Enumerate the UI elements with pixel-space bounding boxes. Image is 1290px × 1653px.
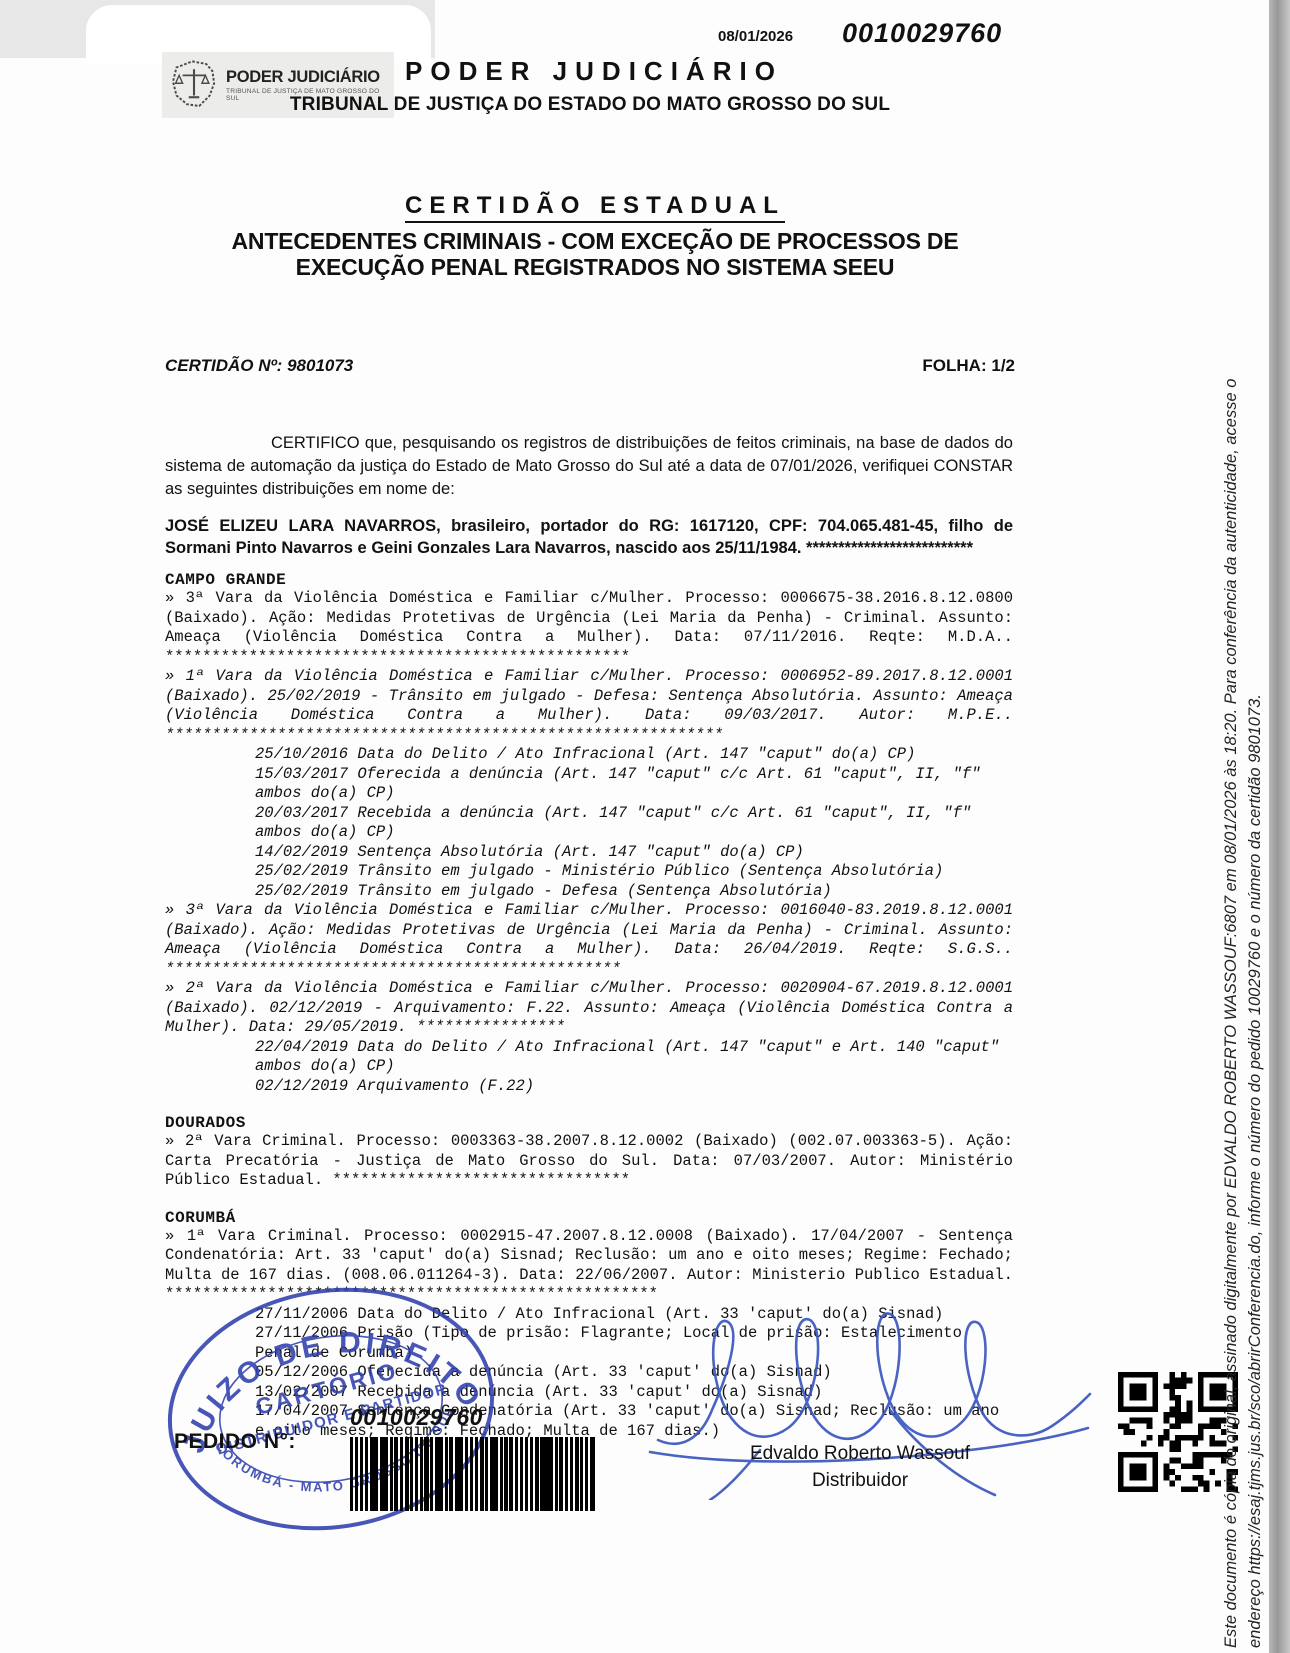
logo-title: PODER JUDICIÁRIO [226,68,390,87]
signer-name: Edvaldo Roberto Wassouf [660,1443,1060,1465]
record-event: 25/02/2019 Trânsito em julgado - Defesa … [255,882,1013,902]
certificate-number-label: CERTIDÃO Nº: [165,356,282,375]
certificate-subtitle: ANTECEDENTES CRIMINAIS - COM EXCEÇÃO DE … [150,228,1040,280]
record-event: 20/03/2017 Recebida a denúncia (Art. 147… [255,804,1013,843]
section-city: CAMPO GRANDE [165,571,1013,589]
certificate-subtitle-line2: EXECUÇÃO PENAL REGISTRADOS NO SISTEMA SE… [150,254,1040,280]
section-city: CORUMBÁ [165,1209,1013,1227]
certificate-title: CERTIDÃO ESTADUAL [170,192,1020,220]
record-entry: » 3ª Vara da Violência Doméstica e Famil… [165,589,1013,667]
signature-scribble [640,1290,1100,1500]
digital-signature-note-line2: endereço https://esaj.tjms.jus.br/sco/ab… [1246,694,1265,1648]
scan-date: 08/01/2026 [718,28,793,45]
folha-label: FOLHA: [922,356,986,375]
record-section: CAMPO GRANDE» 3ª Vara da Violência Domés… [165,571,1013,1096]
record-event: 25/02/2019 Trânsito em julgado - Ministé… [255,862,1013,882]
folha-value: 1/2 [991,356,1015,375]
person-paragraph: JOSÉ ELIZEU LARA NAVARROS, brasileiro, p… [165,515,1013,559]
request-number-top: 0010029760 [842,18,1002,49]
qr-code [1118,1372,1238,1492]
record-event: 22/04/2019 Data do Delito / Ato Infracio… [255,1038,1013,1077]
certificate-number: CERTIDÃO Nº: 9801073 [165,356,353,376]
record-event: 14/02/2019 Sentença Absolutória (Art. 14… [255,843,1013,863]
record-entry: » 1ª Vara da Violência Doméstica e Famil… [165,667,1013,745]
header-title: PODER JUDICIÁRIO [405,56,783,87]
record-entry: » 3ª Vara da Violência Doméstica e Famil… [165,901,1013,979]
certificate-subtitle-line1: ANTECEDENTES CRIMINAIS - COM EXCEÇÃO DE … [150,228,1040,254]
intro-paragraph: CERTIFICO que, pesquisando os registros … [165,432,1013,501]
digital-signature-note-line1: Este documento é cópia do original, assi… [1222,379,1241,1648]
folha-indicator: FOLHA: 1/2 [700,356,1015,376]
barcode [350,1437,595,1511]
record-entry: » 2ª Vara Criminal. Processo: 0003363-38… [165,1132,1013,1191]
record-section: DOURADOS» 2ª Vara Criminal. Processo: 00… [165,1114,1013,1191]
scanned-certificate-page: { "page": { "scan_date": "08/01/2026", "… [0,0,1290,1653]
record-event: 02/12/2019 Arquivamento (F.22) [255,1077,1013,1097]
section-city: DOURADOS [165,1114,1013,1132]
signer-role: Distribuidor [660,1470,1060,1492]
request-number-bottom: 0010029760 [350,1404,483,1431]
record-event: 15/03/2017 Oferecida a denúncia (Art. 14… [255,765,1013,804]
record-event: 25/10/2016 Data do Delito / Ato Infracio… [255,745,1013,765]
record-entry: » 2ª Vara da Violência Doméstica e Famil… [165,979,1013,1038]
header-subtitle: TRIBUNAL DE JUSTIÇA DO ESTADO DO MATO GR… [160,94,1020,116]
certificate-number-value: 9801073 [287,356,353,375]
scan-edge-strip [1269,0,1290,1653]
pedido-label: PEDIDO N°: [174,1430,296,1454]
